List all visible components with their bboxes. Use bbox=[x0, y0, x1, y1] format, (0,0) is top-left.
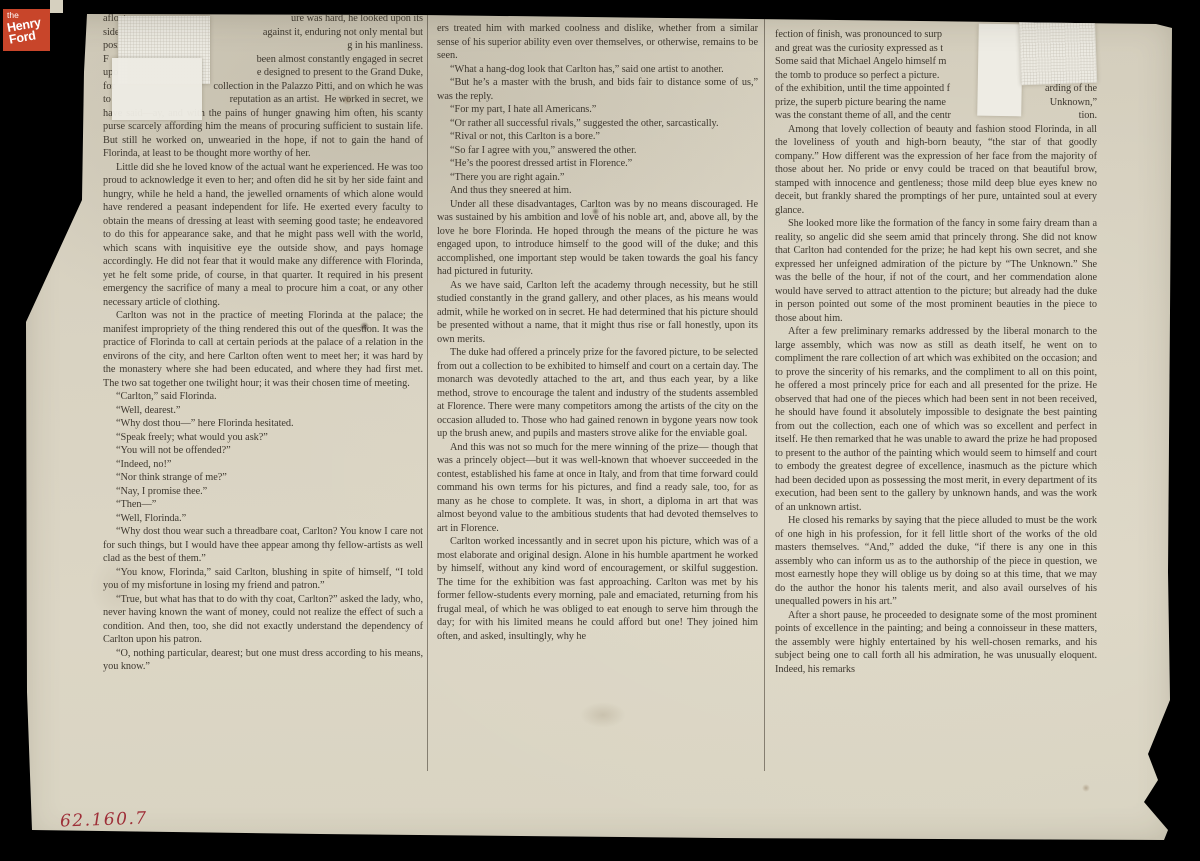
text-fragment-line: was the constant theme of all, and the c… bbox=[775, 109, 1097, 123]
scanned-page: afloature was hard, he looked upon itssi… bbox=[20, 12, 1178, 848]
paragraph: The duke had offered a princely prize fo… bbox=[437, 346, 758, 441]
paragraph: “You know, Florinda,” said Carlton, blus… bbox=[103, 566, 423, 593]
paragraph: “Indeed, no!” bbox=[103, 458, 423, 472]
paragraph: “Rival or not, this Carlton is a bore.” bbox=[437, 130, 758, 144]
paragraph: Carlton was not in the practice of meeti… bbox=[103, 309, 423, 390]
paragraph: “O, nothing particular, dearest; but one… bbox=[103, 647, 423, 674]
paragraph: “For my part, I hate all Americans.” bbox=[437, 103, 758, 117]
accession-number: 62.160.7 bbox=[60, 808, 148, 831]
paragraph: He closed his remarks by saying that the… bbox=[775, 514, 1097, 609]
paragraph: After a short pause, he proceeded to des… bbox=[775, 609, 1097, 677]
paragraph: “What a hang-dog look that Carlton has,”… bbox=[437, 63, 758, 77]
paragraph: As we have said, Carlton left the academ… bbox=[437, 279, 758, 347]
paragraph: Among that lovely collection of beauty a… bbox=[775, 123, 1097, 218]
tape-patch-right-smooth bbox=[977, 24, 1023, 117]
paragraph: And thus they sneered at him. bbox=[437, 184, 758, 198]
column-divider-1 bbox=[427, 15, 428, 771]
paragraph: “There you are right again.” bbox=[437, 171, 758, 185]
text-column-2: ers treated him with marked coolness and… bbox=[437, 22, 758, 643]
paragraph: “Speak freely; what would you ask?” bbox=[103, 431, 423, 445]
henry-ford-logo: the Henry Ford bbox=[3, 9, 50, 51]
paragraph: She looked more like the formation of th… bbox=[775, 217, 1097, 325]
paragraph: “Why dost thou—” here Florinda hesitated… bbox=[103, 417, 423, 431]
paragraph: “True, but what has that to do with thy … bbox=[103, 593, 423, 647]
text-column-3: fection of finish, was pronounced to sur… bbox=[775, 28, 1097, 676]
paragraph: Under all these disadvantages, Carlton w… bbox=[437, 198, 758, 279]
tape-patch-right-woven bbox=[1019, 15, 1097, 86]
scanned-document-viewer: { "branding": { "the": "the", "henry": "… bbox=[0, 0, 1200, 861]
paragraph: “Or rather all successful rivals,” sugge… bbox=[437, 117, 758, 131]
stain-smudge bbox=[580, 702, 626, 728]
column-divider-2 bbox=[764, 15, 765, 771]
text-fragment-line: prize, the superb picture bearing the na… bbox=[775, 96, 1097, 110]
paragraph: “Well, Florinda.” bbox=[103, 512, 423, 526]
tape-patch-left-smooth bbox=[112, 58, 202, 120]
paragraph: “Carlton,” said Florinda. bbox=[103, 390, 423, 404]
paragraph: “But he’s a master with the brush, and b… bbox=[437, 76, 758, 103]
paragraph: Little did she he loved know of the actu… bbox=[103, 161, 423, 310]
stain-spot bbox=[1082, 784, 1090, 792]
paragraph: “Nay, I promise thee.” bbox=[103, 485, 423, 499]
paragraph: “Why dost thou wear such a threadbare co… bbox=[103, 525, 423, 566]
logo-henry-ford-label: Henry Ford bbox=[6, 17, 43, 46]
paragraph: “He’s the poorest dressed artist in Flor… bbox=[437, 157, 758, 171]
paragraph: “You will not be offended?” bbox=[103, 444, 423, 458]
paragraph: “Then—” bbox=[103, 498, 423, 512]
paragraph: “Well, dearest.” bbox=[103, 404, 423, 418]
paragraph: After a few preliminary remarks addresse… bbox=[775, 325, 1097, 514]
logo-cream-square bbox=[50, 0, 63, 13]
paragraph: Carlton worked incessantly and in secret… bbox=[437, 535, 758, 643]
paragraph: “Nor think strange of me?” bbox=[103, 471, 423, 485]
paragraph: “So far I agree with you,” answered the … bbox=[437, 144, 758, 158]
logo-ford: Ford bbox=[8, 29, 43, 46]
paragraph: And this was not so much for the mere wi… bbox=[437, 441, 758, 536]
paragraph: ers treated him with marked coolness and… bbox=[437, 22, 758, 63]
